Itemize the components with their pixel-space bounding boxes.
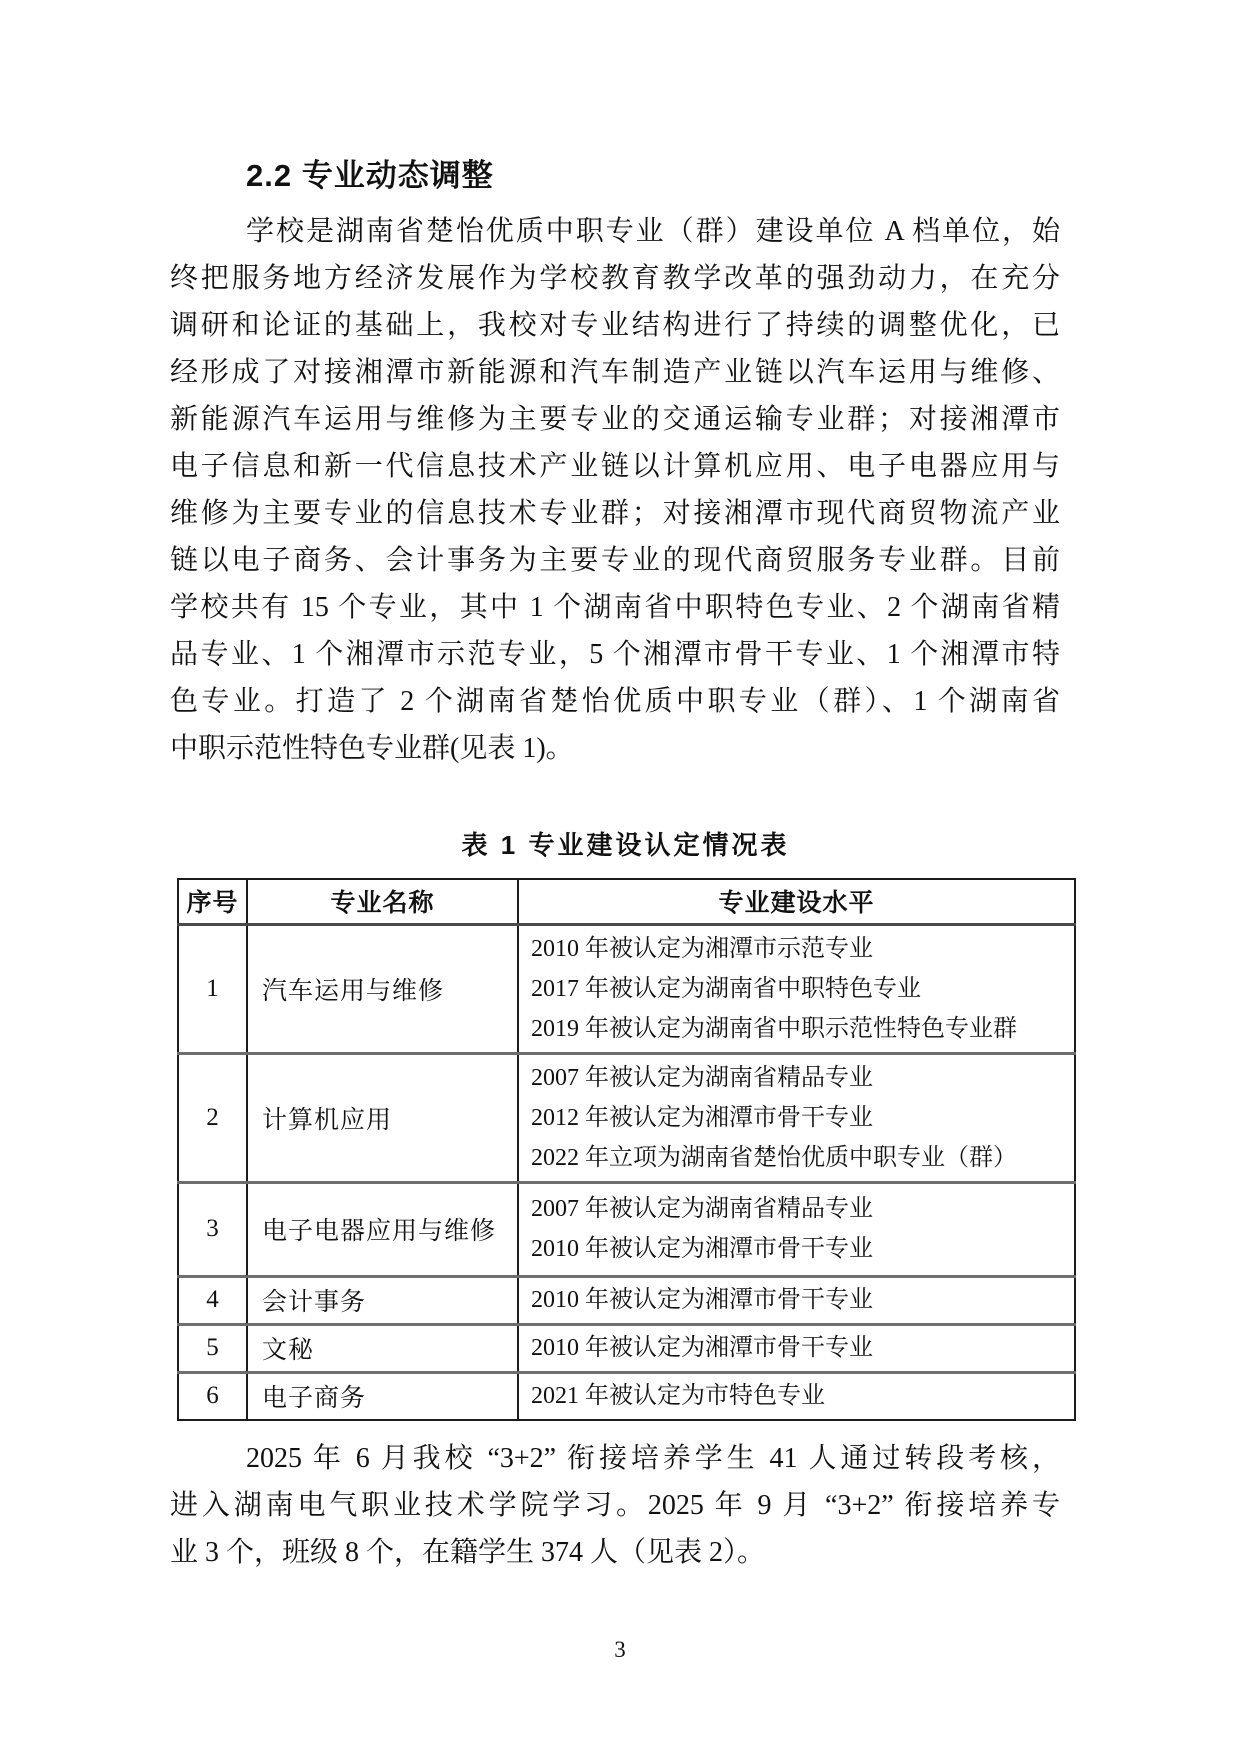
level-line: 2007 年被认定为湖南省精品专业 [531, 1189, 1074, 1229]
paragraph-2: 2025 年 6 月我校 “3+2” 衔接培养学生 41 人通过转段考核，进入湖… [170, 1435, 1060, 1576]
paragraph-line: 学校是湖南省楚怡优质中职专业（群）建设单位 A 档单位，始 [170, 208, 1060, 255]
cell-construction-level: 2007 年被认定为湖南省精品专业2010 年被认定为湘潭市骨干专业 [518, 1182, 1075, 1276]
paragraph-line: 新能源汽车运用与维修为主要专业的交通运输专业群；对接湘潭市 [170, 396, 1060, 443]
level-line: 2012 年被认定为湘潭市骨干专业 [531, 1098, 1074, 1138]
table-row: 6电子商务2021 年被认定为市特色专业 [178, 1372, 1075, 1420]
paragraph-1: 学校是湖南省楚怡优质中职专业（群）建设单位 A 档单位，始终把服务地方经济发展作… [170, 208, 1060, 772]
level-line: 2022 年立项为湖南省楚怡优质中职专业（群） [531, 1138, 1074, 1178]
section-heading: 2.2 专业动态调整 [246, 0, 1240, 194]
level-line: 2010 年被认定为湘潭市示范专业 [531, 929, 1074, 969]
level-line: 2019 年被认定为湖南省中职示范性特色专业群 [531, 1009, 1074, 1049]
level-line: 2007 年被认定为湖南省精品专业 [531, 1058, 1074, 1098]
cell-construction-level: 2010 年被认定为湘潭市骨干专业 [518, 1324, 1075, 1372]
table-row: 5文秘2010 年被认定为湘潭市骨干专业 [178, 1324, 1075, 1372]
cell-major-name: 汽车运用与维修 [247, 924, 518, 1053]
cell-major-name: 会计事务 [247, 1276, 518, 1324]
cell-construction-level: 2007 年被认定为湖南省精品专业2012 年被认定为湘潭市骨干专业2022 年… [518, 1053, 1075, 1182]
paragraph-line: 经形成了对接湘潭市新能源和汽车制造产业链以汽车运用与维修、 [170, 349, 1060, 396]
cell-row-number: 4 [178, 1276, 247, 1324]
paragraph-line: 进入湖南电气职业技术学院学习。2025 年 9 月 “3+2” 衔接培养专 [170, 1482, 1060, 1529]
table-row: 2计算机应用2007 年被认定为湖南省精品专业2012 年被认定为湘潭市骨干专业… [178, 1053, 1075, 1182]
paragraph-line: 2025 年 6 月我校 “3+2” 衔接培养学生 41 人通过转段考核， [170, 1435, 1060, 1482]
cell-row-number: 6 [178, 1372, 247, 1420]
level-line: 2017 年被认定为湖南省中职特色专业 [531, 969, 1074, 1009]
specialty-recognition-table: 序号 专业名称 专业建设水平 1汽车运用与维修2010 年被认定为湘潭市示范专业… [177, 878, 1076, 1421]
cell-construction-level: 2010 年被认定为湘潭市骨干专业 [518, 1276, 1075, 1324]
table-header-level: 专业建设水平 [518, 879, 1075, 924]
level-line: 2010 年被认定为湘潭市骨干专业 [531, 1229, 1074, 1269]
table-row: 4会计事务2010 年被认定为湘潭市骨干专业 [178, 1276, 1075, 1324]
cell-construction-level: 2021 年被认定为市特色专业 [518, 1372, 1075, 1420]
cell-major-name: 文秘 [247, 1324, 518, 1372]
page-number: 3 [0, 1636, 1240, 1664]
paragraph-line: 维修为主要专业的信息技术专业群；对接湘潭市现代商贸物流产业 [170, 490, 1060, 537]
table-header-row: 序号 专业名称 专业建设水平 [178, 879, 1075, 924]
cell-row-number: 5 [178, 1324, 247, 1372]
cell-major-name: 电子电器应用与维修 [247, 1182, 518, 1276]
table-title: 表 1 专业建设认定情况表 [177, 830, 1074, 860]
paragraph-line: 链以电子商务、会计事务为主要专业的现代商贸服务专业群。目前 [170, 537, 1060, 584]
cell-major-name: 计算机应用 [247, 1053, 518, 1182]
cell-row-number: 1 [178, 924, 247, 1053]
table-row: 3电子电器应用与维修2007 年被认定为湖南省精品专业2010 年被认定为湘潭市… [178, 1182, 1075, 1276]
paragraph-line: 色专业。打造了 2 个湖南省楚怡优质中职专业（群）、1 个湖南省 [170, 678, 1060, 725]
paragraph-line: 学校共有 15 个专业，其中 1 个湖南省中职特色专业、2 个湖南省精 [170, 584, 1060, 631]
level-line: 2010 年被认定为湘潭市骨干专业 [531, 1328, 1074, 1368]
table-row: 1汽车运用与维修2010 年被认定为湘潭市示范专业2017 年被认定为湖南省中职… [178, 924, 1075, 1053]
paragraph-line: 中职示范性特色专业群(见表 1)。 [170, 725, 1060, 772]
paragraph-line: 电子信息和新一代信息技术产业链以计算机应用、电子电器应用与 [170, 443, 1060, 490]
cell-row-number: 2 [178, 1053, 247, 1182]
level-line: 2010 年被认定为湘潭市骨干专业 [531, 1280, 1074, 1320]
paragraph-line: 业 3 个，班级 8 个，在籍学生 374 人（见表 2）。 [170, 1529, 1060, 1576]
table-header-major: 专业名称 [247, 879, 518, 924]
cell-major-name: 电子商务 [247, 1372, 518, 1420]
paragraph-line: 终把服务地方经济发展作为学校教育教学改革的强劲动力，在充分 [170, 255, 1060, 302]
cell-construction-level: 2010 年被认定为湘潭市示范专业2017 年被认定为湖南省中职特色专业2019… [518, 924, 1075, 1053]
paragraph-line: 品专业、1 个湘潭市示范专业，5 个湘潭市骨干专业、1 个湘潭市特 [170, 631, 1060, 678]
document-page: 2.2 专业动态调整 学校是湖南省楚怡优质中职专业（群）建设单位 A 档单位，始… [0, 0, 1240, 1753]
table-header-no: 序号 [178, 879, 247, 924]
cell-row-number: 3 [178, 1182, 247, 1276]
paragraph-line: 调研和论证的基础上，我校对专业结构进行了持续的调整优化，已 [170, 302, 1060, 349]
level-line: 2021 年被认定为市特色专业 [531, 1376, 1074, 1416]
